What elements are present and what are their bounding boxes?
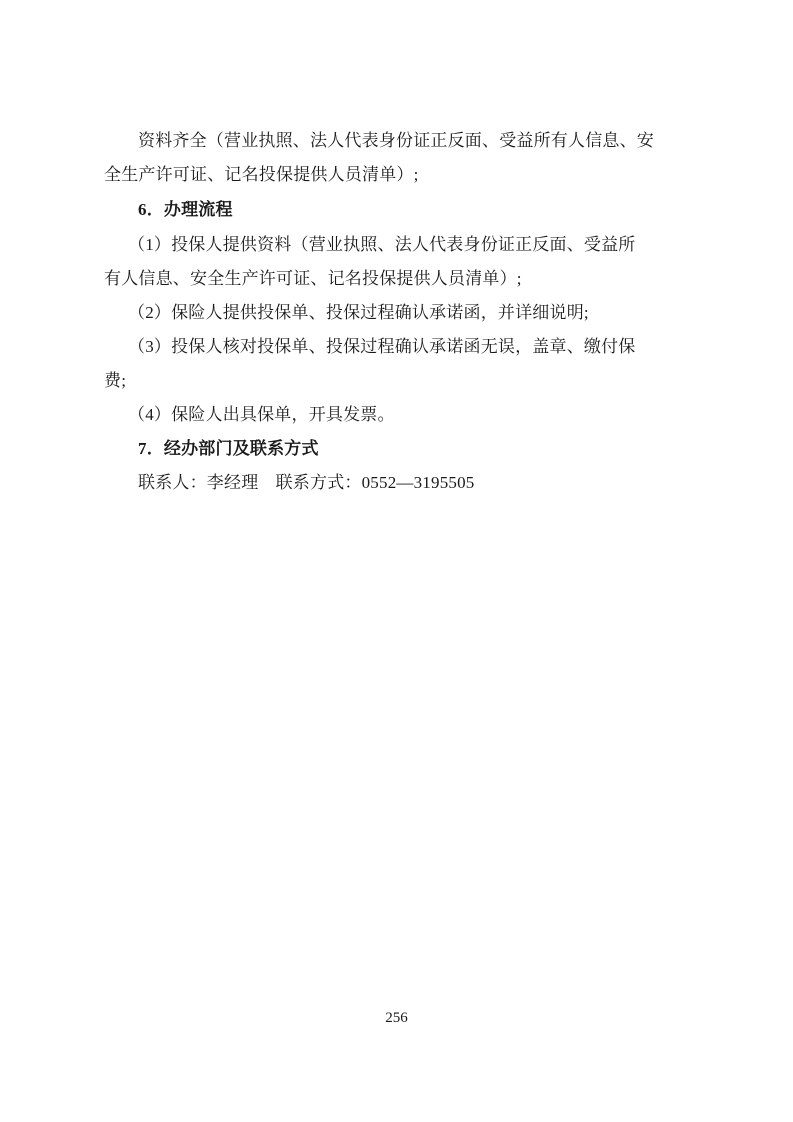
contact-info: 联系人：李经理 联系方式：0552—3195505 [138,472,475,494]
section-heading-6: 6．办理流程 [138,199,233,221]
paragraph-line: 资料齐全（营业执照、法人代表身份证正反面、受益所有人信息、安 [138,130,654,152]
step-1-line-1: （1）投保人提供资料（营业执照、法人代表身份证正反面、受益所 [128,234,636,256]
step-1-line-2: 有人信息、安全生产许可证、记名投保提供人员清单）; [104,268,522,290]
step-4: （4）保险人出具保单，开具发票。 [128,404,395,426]
step-3-line-2: 费; [104,370,126,392]
page-number: 256 [0,1010,793,1027]
step-3-line-1: （3）投保人核对投保单、投保过程确认承诺函无误，盖章、缴付保 [128,336,636,358]
step-2: （2）保险人提供投保单、投保过程确认承诺函，并详细说明; [128,302,589,324]
section-heading-7: 7．经办部门及联系方式 [138,438,319,460]
paragraph-line: 全生产许可证、记名投保提供人员清单）; [104,164,419,186]
